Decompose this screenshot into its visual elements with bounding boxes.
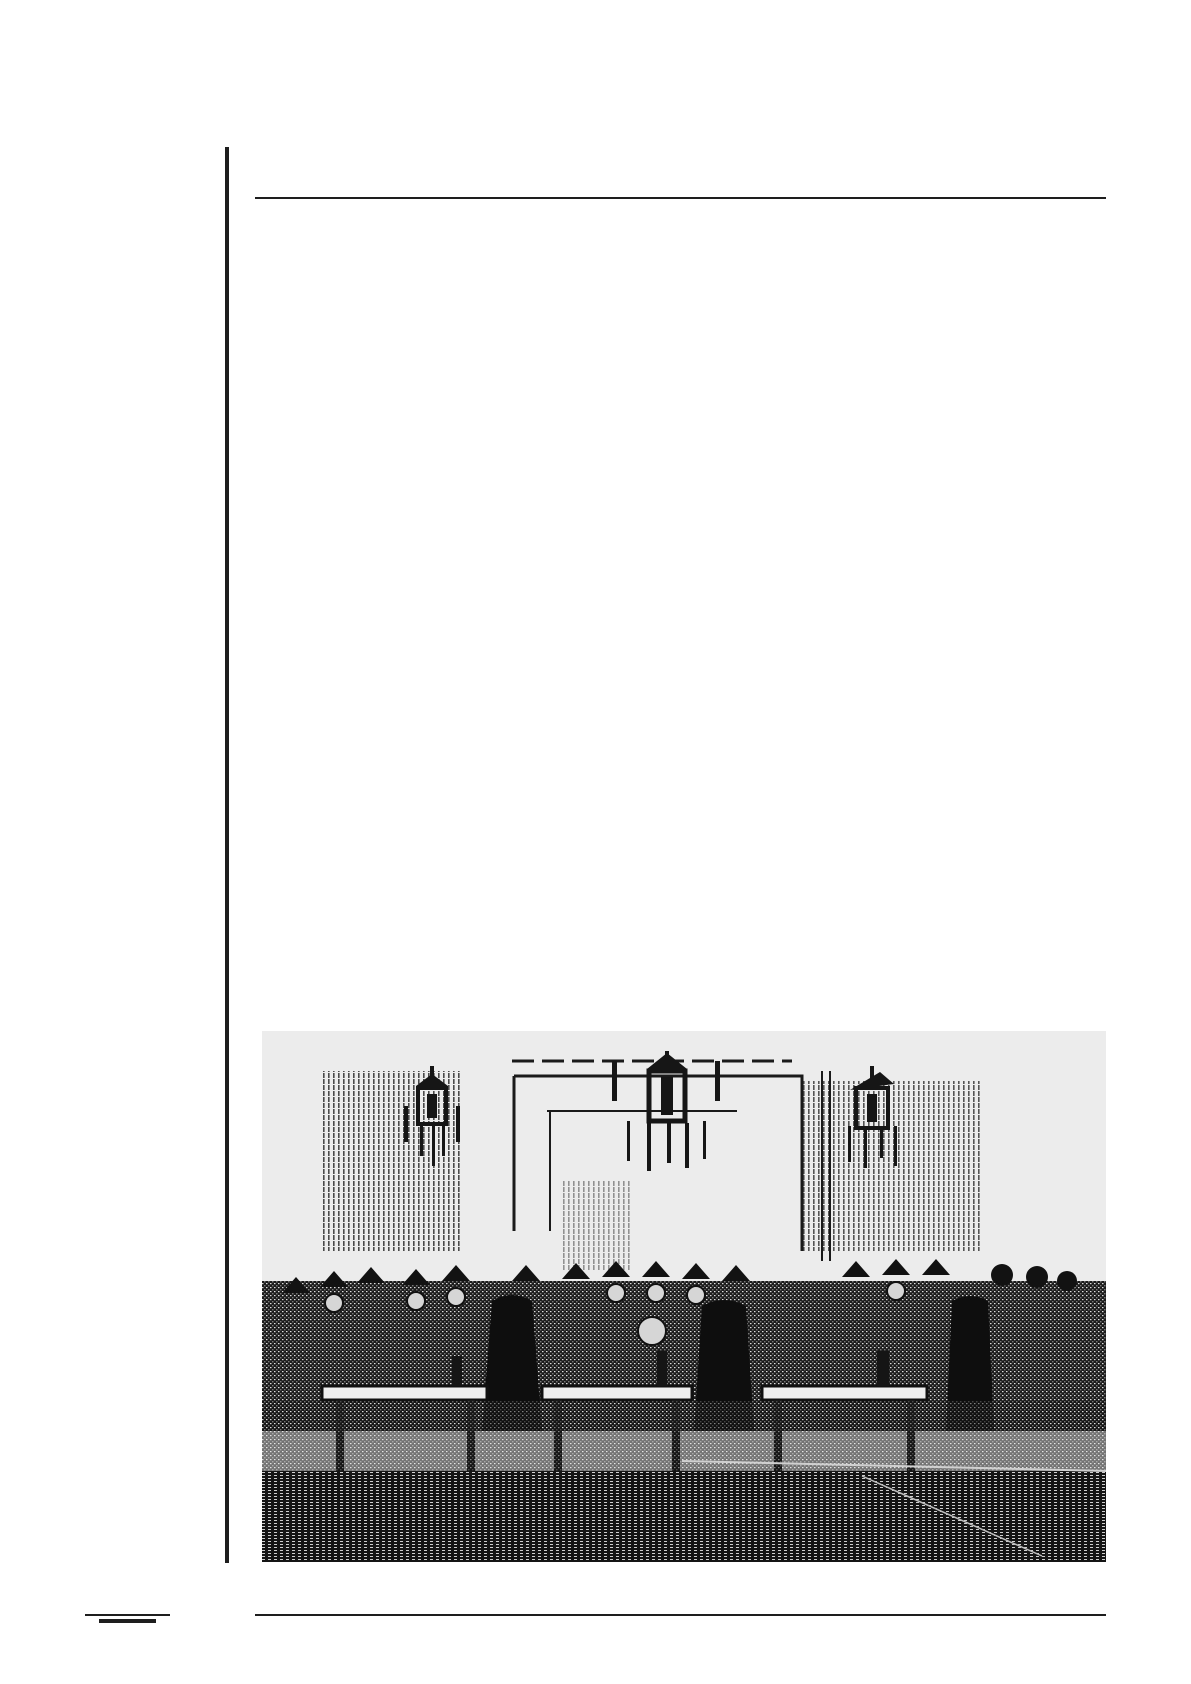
footer-rule	[255, 1614, 1106, 1616]
footer-page-mark-line	[85, 1614, 170, 1616]
header-rule	[255, 197, 1106, 199]
treaty-signing-illustration	[262, 1031, 1106, 1562]
left-margin-bar	[225, 147, 229, 1563]
footer-page-mark-bar	[99, 1619, 156, 1623]
engraving-image	[262, 1031, 1106, 1562]
